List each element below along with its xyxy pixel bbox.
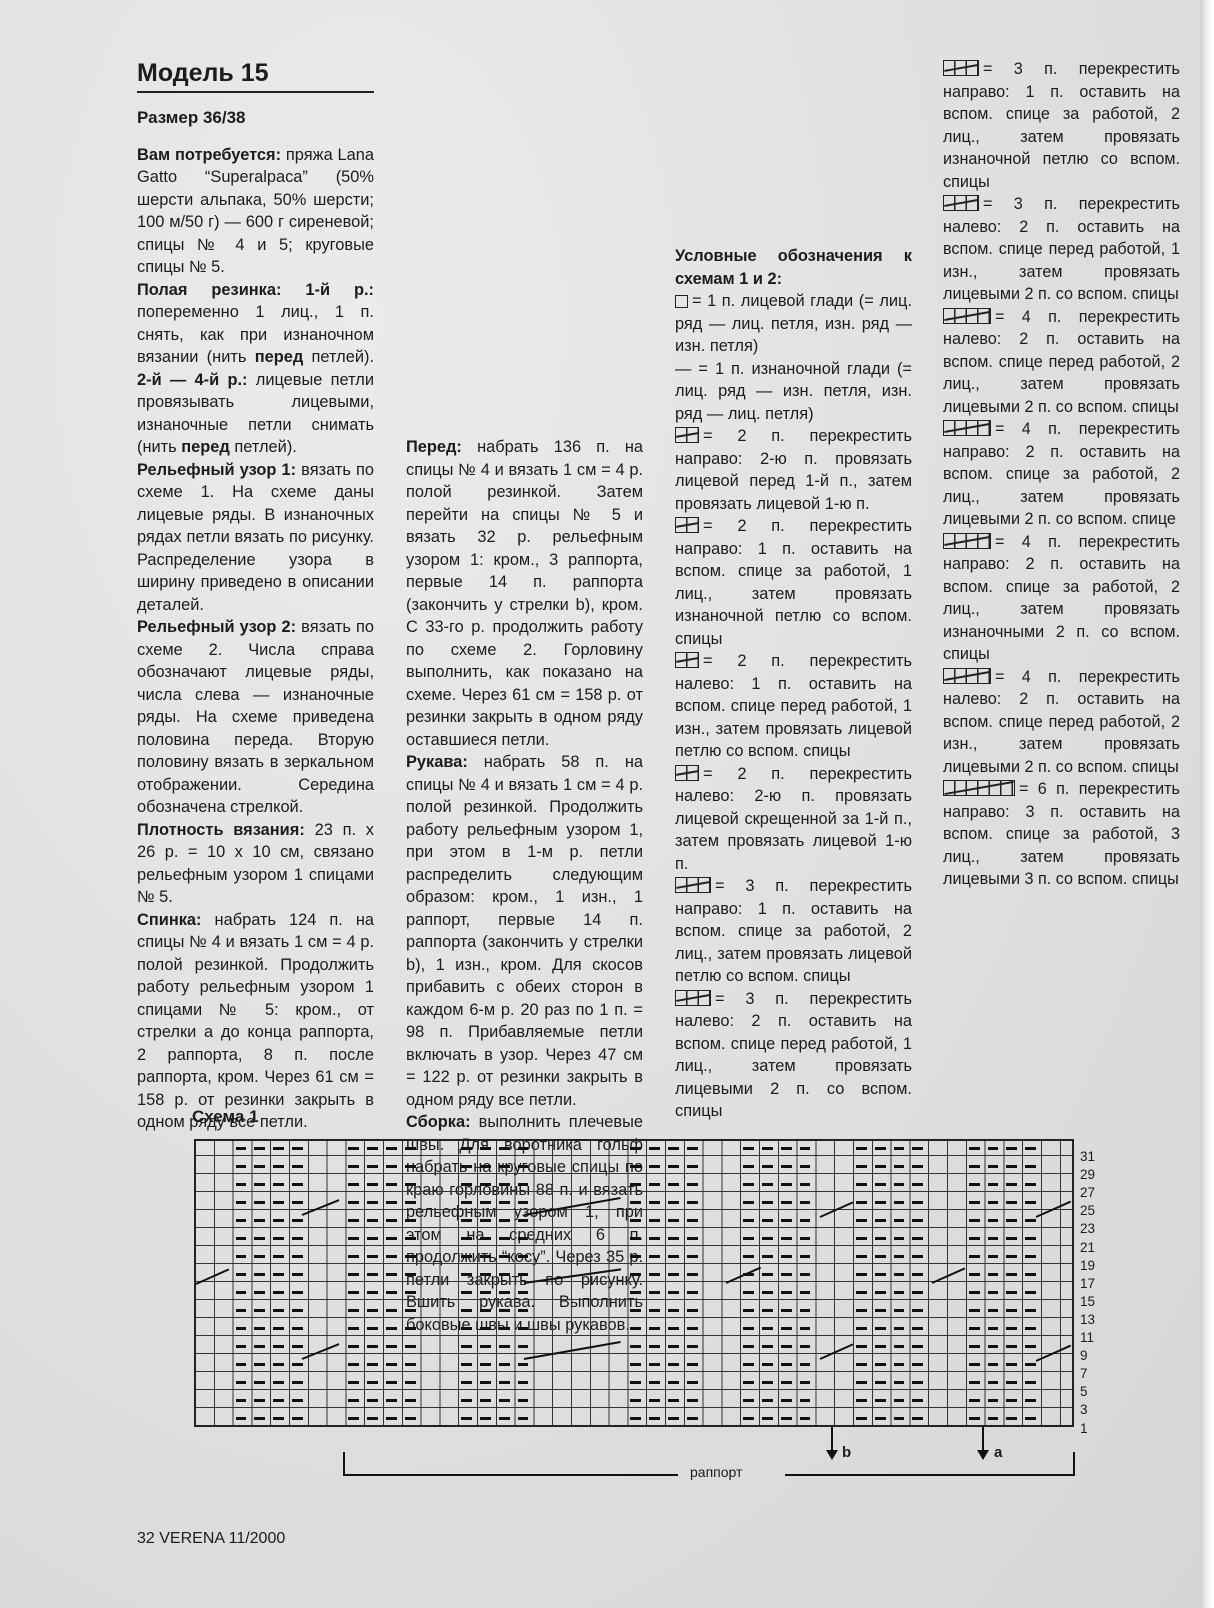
purl-dash	[687, 1309, 698, 1312]
purl-dash	[499, 1327, 510, 1330]
purl-dash	[386, 1201, 397, 1204]
purl-dash	[988, 1147, 999, 1150]
purl-dash	[800, 1381, 811, 1384]
row-number: 31	[1080, 1150, 1095, 1164]
purl-dash	[236, 1381, 247, 1384]
purl-dash	[254, 1309, 265, 1312]
purl-dash	[743, 1327, 754, 1330]
purl-dash	[405, 1309, 416, 1312]
purl-dash	[1025, 1147, 1036, 1150]
purl-dash	[236, 1417, 247, 1420]
purl-dash	[894, 1219, 905, 1222]
purl-dash	[386, 1255, 397, 1258]
purl-dash	[988, 1219, 999, 1222]
purl-dash	[480, 1345, 491, 1348]
purl-dash	[405, 1399, 416, 1402]
purl-dash	[649, 1309, 660, 1312]
purl-dash	[386, 1219, 397, 1222]
purl-dash	[480, 1165, 491, 1168]
purl-dash	[461, 1255, 472, 1258]
purl-dash	[969, 1291, 980, 1294]
purl-dash	[1006, 1363, 1017, 1366]
purl-dash	[518, 1399, 529, 1402]
purl-dash	[630, 1165, 641, 1168]
purl-dash	[988, 1201, 999, 1204]
purl-dash	[649, 1147, 660, 1150]
purl-dash	[762, 1255, 773, 1258]
row-number: 13	[1080, 1313, 1095, 1327]
column-1: Модель 15 Размер 36/38 Вам потребуется: …	[137, 58, 374, 1134]
purl-dash	[461, 1327, 472, 1330]
model-size: Размер 36/38	[137, 107, 374, 130]
purl-dash	[630, 1201, 641, 1204]
purl-dash	[630, 1363, 641, 1366]
purl-dash	[518, 1363, 529, 1366]
purl-dash	[348, 1165, 359, 1168]
purl-dash	[292, 1165, 303, 1168]
purl-dash	[687, 1327, 698, 1330]
purl-dash	[292, 1201, 303, 1204]
purl-dash	[875, 1219, 886, 1222]
purl-dash	[273, 1399, 284, 1402]
row-number: 17	[1080, 1277, 1095, 1291]
purl-dash	[292, 1417, 303, 1420]
purl-dash	[630, 1273, 641, 1276]
purl-dash	[386, 1147, 397, 1150]
purl-dash	[367, 1309, 378, 1312]
purl-dash	[292, 1219, 303, 1222]
purl-dash	[405, 1345, 416, 1348]
purl-dash	[762, 1273, 773, 1276]
purl-dash	[405, 1327, 416, 1330]
purl-dash	[668, 1147, 679, 1150]
legend-item: = 3 п. перекрестить направо: 1 п. остави…	[675, 875, 912, 988]
purl-dash	[894, 1363, 905, 1366]
purl-dash	[236, 1255, 247, 1258]
purl-dash	[518, 1327, 529, 1330]
purl-dash	[1025, 1165, 1036, 1168]
purl-dash	[499, 1219, 510, 1222]
purl-dash	[800, 1291, 811, 1294]
purl-dash	[988, 1399, 999, 1402]
purl-dash	[386, 1237, 397, 1240]
purl-dash	[668, 1165, 679, 1168]
purl-dash	[348, 1147, 359, 1150]
purl-dash	[687, 1381, 698, 1384]
purl-dash	[912, 1201, 923, 1204]
purl-dash	[687, 1363, 698, 1366]
purl-dash	[236, 1219, 247, 1222]
purl-dash	[668, 1309, 679, 1312]
purl-dash	[1025, 1399, 1036, 1402]
cross-3-left-icon	[675, 990, 711, 1006]
purl-dash	[988, 1363, 999, 1366]
purl-dash	[273, 1381, 284, 1384]
purl-dash	[273, 1417, 284, 1420]
purl-dash	[1025, 1237, 1036, 1240]
purl-dash	[1025, 1345, 1036, 1348]
purl-dash	[875, 1147, 886, 1150]
purl-dash	[1006, 1417, 1017, 1420]
legend-item: = 2 п. перекрестить налево: 1 п. оставит…	[675, 650, 912, 763]
purl-dash	[668, 1219, 679, 1222]
purl-dash	[762, 1291, 773, 1294]
purl-dash	[254, 1345, 265, 1348]
purl-dash	[743, 1219, 754, 1222]
purl-dash	[1025, 1381, 1036, 1384]
purl-dash	[687, 1219, 698, 1222]
purl-dash	[273, 1219, 284, 1222]
purl-dash	[273, 1363, 284, 1366]
legend-item: = 2 п. перекрестить налево: 2-ю п. провя…	[675, 763, 912, 876]
purl-dash	[273, 1327, 284, 1330]
purl-dash	[518, 1417, 529, 1420]
purl-dash	[405, 1237, 416, 1240]
purl-dash	[386, 1381, 397, 1384]
purl-dash	[668, 1273, 679, 1276]
purl-dash	[988, 1237, 999, 1240]
purl-dash	[499, 1291, 510, 1294]
purl-dash	[461, 1147, 472, 1150]
purl-dash	[649, 1381, 660, 1384]
purl-dash	[499, 1183, 510, 1186]
column-3-legend: Условные обозначения к схемам 1 и 2: = 1…	[675, 245, 912, 1123]
row-number: 21	[1080, 1241, 1095, 1255]
purl-dash	[912, 1291, 923, 1294]
purl-dash	[762, 1201, 773, 1204]
purl-dash	[405, 1363, 416, 1366]
purl-dash	[518, 1201, 529, 1204]
purl-dash	[236, 1345, 247, 1348]
relief-pattern-2-paragraph: Рельефный узор 2: вязать по схеме 2. Чис…	[137, 616, 374, 819]
purl-dash	[687, 1147, 698, 1150]
purl-dash	[668, 1345, 679, 1348]
rapport-bracket-left	[343, 1452, 345, 1476]
purl-dash	[762, 1165, 773, 1168]
purl-dash	[254, 1291, 265, 1294]
purl-dash	[856, 1255, 867, 1258]
purl-dash	[875, 1273, 886, 1276]
purl-dash	[273, 1237, 284, 1240]
purl-dash	[348, 1381, 359, 1384]
legend-item: = 4 п. перекрестить налево: 2 п. оставит…	[943, 666, 1180, 779]
purl-dash	[969, 1147, 980, 1150]
purl-dash	[1025, 1255, 1036, 1258]
purl-dash	[348, 1219, 359, 1222]
purl-dash	[236, 1237, 247, 1240]
purl-dash	[518, 1237, 529, 1240]
purl-dash	[367, 1381, 378, 1384]
purl-dash	[912, 1399, 923, 1402]
purl-dash	[762, 1309, 773, 1312]
purl-dash	[668, 1201, 679, 1204]
purl-dash	[518, 1345, 529, 1348]
purl-dash	[800, 1345, 811, 1348]
purl-dash	[762, 1381, 773, 1384]
purl-dash	[273, 1273, 284, 1276]
purl-dash	[800, 1147, 811, 1150]
purl-dash	[480, 1309, 491, 1312]
purl-dash	[386, 1345, 397, 1348]
row-number: 9	[1080, 1349, 1088, 1363]
purl-dash	[292, 1147, 303, 1150]
purl-dash	[800, 1273, 811, 1276]
purl-dash	[292, 1381, 303, 1384]
purl-dash	[912, 1327, 923, 1330]
purl-dash	[687, 1417, 698, 1420]
purl-dash	[969, 1273, 980, 1276]
purl-dash	[254, 1237, 265, 1240]
purl-dash	[800, 1183, 811, 1186]
purl-dash	[1025, 1291, 1036, 1294]
purl-dash	[1025, 1219, 1036, 1222]
purl-dash	[367, 1237, 378, 1240]
purl-dash	[1025, 1327, 1036, 1330]
purl-dash	[292, 1363, 303, 1366]
purl-dash	[969, 1327, 980, 1330]
arrow-b-shaft	[831, 1427, 833, 1451]
legend-item: = 1 п. лицевой глади (= лиц. ряд — лиц. …	[675, 290, 912, 358]
purl-dash	[668, 1291, 679, 1294]
purl-dash	[386, 1291, 397, 1294]
purl-dash	[236, 1399, 247, 1402]
purl-dash	[649, 1417, 660, 1420]
purl-dash	[800, 1309, 811, 1312]
purl-dash	[499, 1363, 510, 1366]
purl-dash	[480, 1399, 491, 1402]
purl-dash	[687, 1255, 698, 1258]
purl-dash	[894, 1417, 905, 1420]
purl-dash	[292, 1327, 303, 1330]
legend-item: = 6 п. перекрестить направо: 3 п. остави…	[943, 778, 1180, 891]
purl-dash	[461, 1165, 472, 1168]
purl-dash	[630, 1381, 641, 1384]
purl-dash	[405, 1147, 416, 1150]
legend-item: = 4 п. перекрестить налево: 2 п. оставит…	[943, 306, 1180, 419]
purl-dash	[743, 1255, 754, 1258]
purl-dash	[800, 1327, 811, 1330]
rapport-line-left	[343, 1474, 678, 1476]
purl-dash	[687, 1237, 698, 1240]
row-number: 7	[1080, 1367, 1088, 1381]
purl-dash	[499, 1309, 510, 1312]
knit-box-icon	[675, 295, 688, 308]
purl-dash	[912, 1237, 923, 1240]
purl-dash	[630, 1417, 641, 1420]
purl-dash	[894, 1237, 905, 1240]
purl-dash	[1006, 1201, 1017, 1204]
purl-dash	[236, 1309, 247, 1312]
purl-dash	[856, 1381, 867, 1384]
purl-dash	[480, 1147, 491, 1150]
rapport-bracket-right	[1073, 1452, 1075, 1476]
purl-dash	[461, 1309, 472, 1312]
purl-dash	[480, 1417, 491, 1420]
purl-dash	[988, 1327, 999, 1330]
row-number: 3	[1080, 1403, 1088, 1417]
purl-dash	[630, 1345, 641, 1348]
purl-dash	[762, 1219, 773, 1222]
cross-3-left-purl-icon	[943, 195, 979, 211]
purl-dash	[273, 1255, 284, 1258]
purl-dash	[781, 1201, 792, 1204]
gauge-paragraph: Плотность вязания: 23 п. х 26 р. = 10 х …	[137, 819, 374, 909]
purl-dash	[875, 1381, 886, 1384]
purl-dash	[1006, 1183, 1017, 1186]
purl-dash	[856, 1183, 867, 1186]
purl-dash	[743, 1399, 754, 1402]
purl-dash	[386, 1273, 397, 1276]
purl-dash	[273, 1165, 284, 1168]
purl-dash	[649, 1201, 660, 1204]
model-title: Модель 15	[137, 58, 374, 93]
purl-dash	[781, 1183, 792, 1186]
purl-dash	[254, 1417, 265, 1420]
purl-dash	[367, 1219, 378, 1222]
purl-dash	[969, 1399, 980, 1402]
purl-dash	[649, 1237, 660, 1240]
purl-dash	[988, 1291, 999, 1294]
purl-dash	[912, 1363, 923, 1366]
purl-dash	[461, 1417, 472, 1420]
purl-dash	[630, 1255, 641, 1258]
purl-dash	[254, 1165, 265, 1168]
purl-dash	[273, 1291, 284, 1294]
back-paragraph: Спинка: набрать 124 п. на спицы № 4 и вя…	[137, 909, 374, 1134]
purl-dash	[894, 1147, 905, 1150]
purl-dash	[1006, 1381, 1017, 1384]
purl-dash	[687, 1201, 698, 1204]
row-number: 1	[1080, 1422, 1088, 1436]
purl-dash	[630, 1327, 641, 1330]
purl-dash	[630, 1309, 641, 1312]
purl-dash	[480, 1183, 491, 1186]
purl-dash	[988, 1417, 999, 1420]
purl-dash	[367, 1417, 378, 1420]
purl-dash	[743, 1183, 754, 1186]
legend-item: = 2 п. перекрестить направо: 1 п. остави…	[675, 515, 912, 650]
purl-dash	[969, 1219, 980, 1222]
purl-dash	[894, 1165, 905, 1168]
purl-dash	[875, 1345, 886, 1348]
purl-dash	[800, 1219, 811, 1222]
purl-dash	[894, 1183, 905, 1186]
purl-dash	[743, 1201, 754, 1204]
purl-dash	[687, 1399, 698, 1402]
purl-dash	[386, 1417, 397, 1420]
purl-dash	[649, 1399, 660, 1402]
purl-dash	[518, 1273, 529, 1276]
purl-dash	[273, 1309, 284, 1312]
purl-dash	[781, 1399, 792, 1402]
purl-dash	[367, 1165, 378, 1168]
purl-dash	[800, 1201, 811, 1204]
purl-dash	[856, 1345, 867, 1348]
purl-dash	[1025, 1417, 1036, 1420]
purl-dash	[912, 1183, 923, 1186]
purl-dash	[461, 1183, 472, 1186]
purl-dash	[781, 1165, 792, 1168]
purl-dash	[781, 1273, 792, 1276]
purl-dash	[405, 1291, 416, 1294]
purl-dash	[875, 1309, 886, 1312]
purl-dash	[875, 1183, 886, 1186]
purl-dash	[762, 1183, 773, 1186]
purl-dash	[348, 1399, 359, 1402]
rapport-line-right	[785, 1474, 1075, 1476]
cross-3-right-purl-icon	[943, 60, 979, 76]
purl-dash	[969, 1183, 980, 1186]
purl-dash	[781, 1363, 792, 1366]
purl-dash	[875, 1363, 886, 1366]
purl-dash	[912, 1273, 923, 1276]
purl-dash	[912, 1147, 923, 1150]
legend-item: = 3 п. перекрестить налево: 2 п. оставит…	[675, 988, 912, 1123]
purl-dash	[367, 1255, 378, 1258]
purl-dash	[800, 1399, 811, 1402]
purl-dash	[630, 1237, 641, 1240]
arrow-a-label: a	[994, 1444, 1002, 1461]
rib-paragraph: Полая резинка: 1-й р.: попеременно 1 лиц…	[137, 279, 374, 459]
purl-dash	[762, 1345, 773, 1348]
purl-dash	[743, 1309, 754, 1312]
purl-dash	[649, 1219, 660, 1222]
purl-dash	[743, 1345, 754, 1348]
rapport-label: раппорт	[690, 1464, 742, 1480]
purl-dash	[480, 1327, 491, 1330]
purl-dash	[367, 1273, 378, 1276]
cross-2-right-purl-icon	[675, 517, 699, 533]
purl-dash	[687, 1183, 698, 1186]
purl-dash	[405, 1219, 416, 1222]
purl-dash	[969, 1201, 980, 1204]
purl-dash	[254, 1273, 265, 1276]
purl-dash	[762, 1417, 773, 1420]
purl-dash	[292, 1237, 303, 1240]
purl-dash	[405, 1201, 416, 1204]
purl-dash	[762, 1399, 773, 1402]
purl-dash	[969, 1309, 980, 1312]
purl-dash	[236, 1327, 247, 1330]
purl-dash	[668, 1417, 679, 1420]
purl-dash	[649, 1273, 660, 1276]
cross-2-left-icon	[675, 652, 699, 668]
row-number: 5	[1080, 1385, 1088, 1399]
purl-dash	[875, 1417, 886, 1420]
purl-dash	[1006, 1273, 1017, 1276]
purl-dash	[254, 1201, 265, 1204]
purl-dash	[856, 1363, 867, 1366]
purl-dash	[236, 1183, 247, 1186]
purl-dash	[292, 1345, 303, 1348]
row-number: 29	[1080, 1168, 1095, 1182]
purl-dash	[348, 1345, 359, 1348]
purl-dash	[762, 1363, 773, 1366]
purl-dash	[781, 1291, 792, 1294]
arrow-b-label: b	[842, 1444, 851, 1461]
purl-dash	[743, 1381, 754, 1384]
purl-dash	[988, 1381, 999, 1384]
purl-dash	[856, 1417, 867, 1420]
purl-dash	[405, 1417, 416, 1420]
purl-dash	[518, 1165, 529, 1168]
purl-dash	[405, 1165, 416, 1168]
purl-dash	[800, 1165, 811, 1168]
purl-dash	[480, 1381, 491, 1384]
purl-dash	[386, 1327, 397, 1330]
purl-dash	[875, 1291, 886, 1294]
purl-dash	[386, 1309, 397, 1312]
